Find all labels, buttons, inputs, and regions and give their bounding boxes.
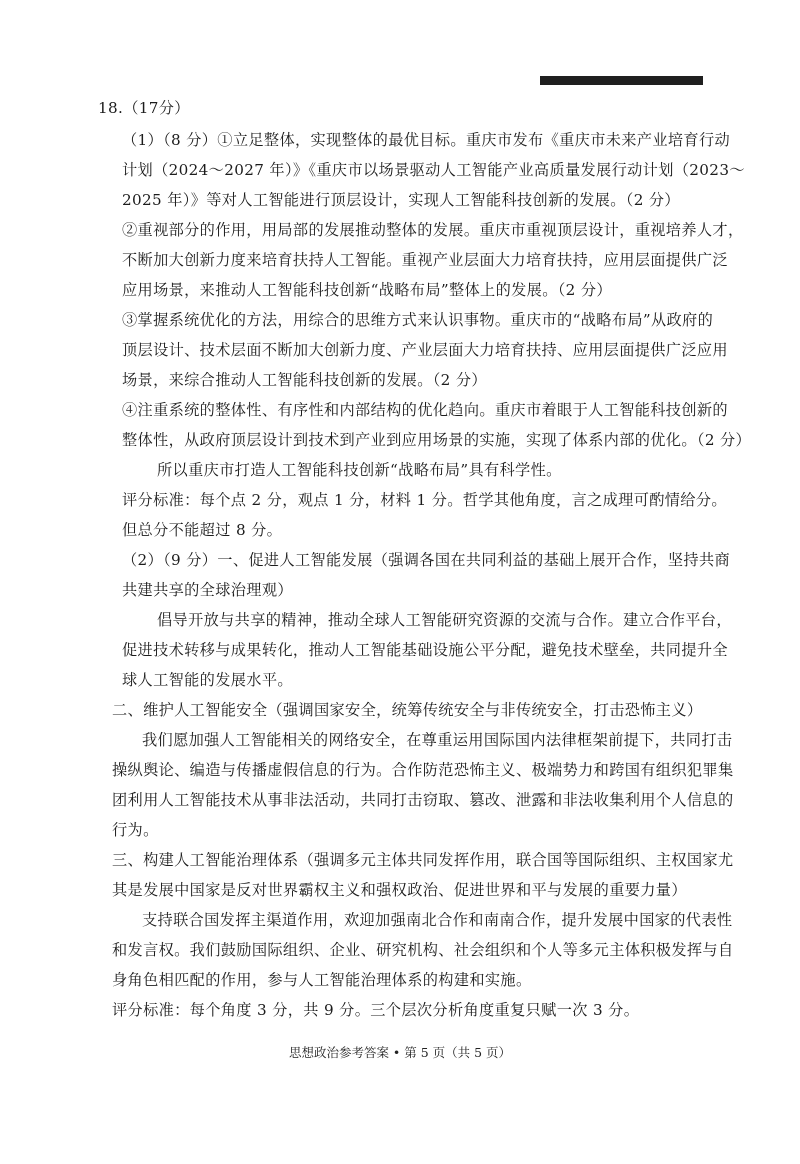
part1-line-9: 场景，来综合推动人工智能科技创新的发展。（2 分） bbox=[122, 370, 487, 390]
part1-line-3: 2025 年）》等对人工智能进行顶层设计，实现人工智能科技创新的发展。（2 分） bbox=[122, 190, 680, 210]
part1-line-10: ④注重系统的整体性、有序性和内部结构的优化趋向。重庆市着眼于人工智能科技创新的 bbox=[122, 400, 728, 420]
part2-line-5: 球人工智能的发展水平。 bbox=[122, 670, 293, 690]
part1-line-2: 计划（2024～2027 年）》《重庆市以场景驱动人工智能产业高质量发展行动计划… bbox=[122, 160, 745, 180]
part1-scoring-line-2: 但总分不能超过 8 分。 bbox=[122, 520, 282, 540]
part1-line-8: 顶层设计、技术层面不断加大创新力度、产业层面大力培育扶持、应用层面提供广泛应用 bbox=[122, 340, 728, 360]
part1-scoring-line-1: 评分标准：每个点 2 分，观点 1 分，材料 1 分。哲学其他角度，言之成理可酌… bbox=[122, 490, 727, 510]
part1-line-5: 不断加大创新力度来培育扶持人工智能。重视产业层面大力培育扶持，应用层面提供广泛 bbox=[122, 250, 728, 270]
part2-line-14: 和发言权。我们鼓励国际组织、企业、研究机构、社会组织和个人等多元主体积极发挥与自 bbox=[112, 940, 734, 960]
page-footer: 思想政治参考答案 • 第 5 页（共 5 页） bbox=[0, 1043, 800, 1061]
part2-line-1: （2）（9 分）一、促进人工智能发展（强调各国在共同利益的基础上展开合作，坚持共… bbox=[122, 550, 730, 570]
part2-line-13: 支持联合国发挥主渠道作用，欢迎加强南北合作和南南合作，提升发展中国家的代表性 bbox=[142, 910, 732, 930]
part2-line-3: 倡导开放与共享的精神，推动全球人工智能研究资源的交流与合作。建立合作平台， bbox=[157, 610, 732, 630]
part2-line-2: 共建共享的全球治理观） bbox=[122, 580, 293, 600]
header-decorative-bar bbox=[540, 76, 703, 85]
part2-line-15: 身角色相匹配的作用，参与人工智能治理体系的构建和实施。 bbox=[112, 970, 532, 990]
part2-section-2-heading: 二、维护人工智能安全（强调国家安全，统筹传统安全与非传统安全，打击恐怖主义） bbox=[112, 700, 702, 720]
part2-line-8: 操纵舆论、编造与传播虚假信息的行为。合作防范恐怖主义、极端势力和跨国有组织犯罪集 bbox=[112, 760, 734, 780]
part2-line-9: 团利用人工智能技术从事非法活动，共同打击窃取、篡改、泄露和非法收集利用个人信息的 bbox=[112, 790, 734, 810]
part1-line-11: 整体性，从政府顶层设计到技术到产业到应用场景的实施，实现了体系内部的优化。（2 … bbox=[122, 430, 751, 450]
part2-section-3-heading: 三、构建人工智能治理体系（强调多元主体共同发挥作用，联合国等国际组织、主权国家尤 bbox=[112, 850, 734, 870]
part1-conclusion: 所以重庆市打造人工智能科技创新“战略布局”具有科学性。 bbox=[157, 460, 562, 480]
part2-scoring: 评分标准：每个角度 3 分，共 9 分。三个层次分析角度重复只赋一次 3 分。 bbox=[112, 1000, 639, 1020]
question-header: 18.（17分） bbox=[98, 98, 190, 118]
part2-line-7: 我们愿加强人工智能相关的网络安全，在尊重运用国际国内法律框架前提下，共同打击 bbox=[142, 730, 732, 750]
part1-line-7: ③掌握系统优化的方法，用综合的思维方式来认识事物。重庆市的“战略布局”从政府的 bbox=[122, 310, 713, 330]
part1-line-1: （1）（8 分）①立足整体，实现整体的最优目标。重庆市发布《重庆市未来产业培育行… bbox=[122, 130, 730, 150]
part2-line-10: 行为。 bbox=[112, 820, 159, 840]
part2-line-4: 促进技术转移与成果转化，推动人工智能基础设施公平分配，避免技术壁垒，共同提升全 bbox=[122, 640, 728, 660]
part1-line-4: ②重视部分的作用，用局部的发展推动整体的发展。重庆市重视顶层设计，重视培养人才， bbox=[122, 220, 744, 240]
part2-line-12: 其是发展中国家是反对世界霸权主义和强权政治、促进世界和平与发展的重要力量） bbox=[112, 880, 687, 900]
part1-line-6: 应用场景，来推动人工智能科技创新“战略布局”整体上的发展。（2 分） bbox=[122, 280, 612, 300]
